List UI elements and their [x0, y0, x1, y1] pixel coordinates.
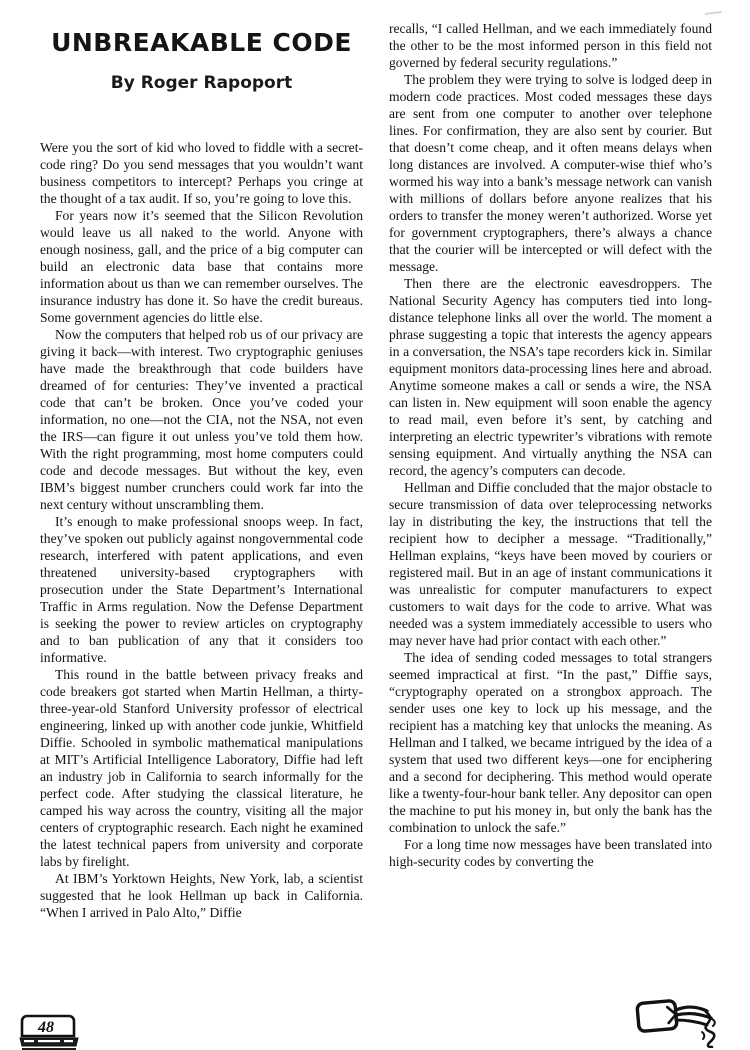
- paragraph: Then there are the electronic eavesdropp…: [389, 275, 712, 479]
- page-number: 48: [37, 1019, 54, 1036]
- right-column: recalls, “I called Hellman, and we each …: [389, 20, 712, 921]
- paragraph: recalls, “I called Hellman, and we each …: [389, 20, 712, 71]
- page-number-badge: 48: [18, 1014, 80, 1050]
- scan-artifact: [705, 11, 723, 19]
- article-columns: UNBREAKABLE CODE By Roger Rapoport Were …: [40, 20, 712, 921]
- paragraph: Now the computers that helped rob us of …: [40, 326, 363, 513]
- paragraph: The problem they were trying to solve is…: [389, 71, 712, 275]
- article-header: UNBREAKABLE CODE By Roger Rapoport: [40, 20, 363, 93]
- paragraph: It’s enough to make professional snoops …: [40, 513, 363, 666]
- paragraph: For years now it’s seemed that the Silic…: [40, 207, 363, 326]
- article-byline: By Roger Rapoport: [40, 73, 363, 93]
- magazine-page: UNBREAKABLE CODE By Roger Rapoport Were …: [0, 0, 750, 1050]
- paragraph: For a long time now messages have been t…: [389, 836, 712, 870]
- page-title: UNBREAKABLE CODE: [40, 28, 363, 57]
- paragraph: This round in the battle between privacy…: [40, 666, 363, 870]
- paragraph: Were you the sort of kid who loved to fi…: [40, 139, 363, 207]
- paragraph: Hellman and Diffie concluded that the ma…: [389, 479, 712, 649]
- paragraph: At IBM’s Yorktown Heights, New York, lab…: [40, 870, 363, 921]
- paragraph: The idea of sending coded messages to to…: [389, 649, 712, 836]
- footer-illustration: [632, 992, 728, 1048]
- left-column: UNBREAKABLE CODE By Roger Rapoport Were …: [40, 20, 363, 921]
- hand-from-terminal-icon: [632, 992, 728, 1048]
- computer-terminal-icon: 48: [18, 1014, 80, 1050]
